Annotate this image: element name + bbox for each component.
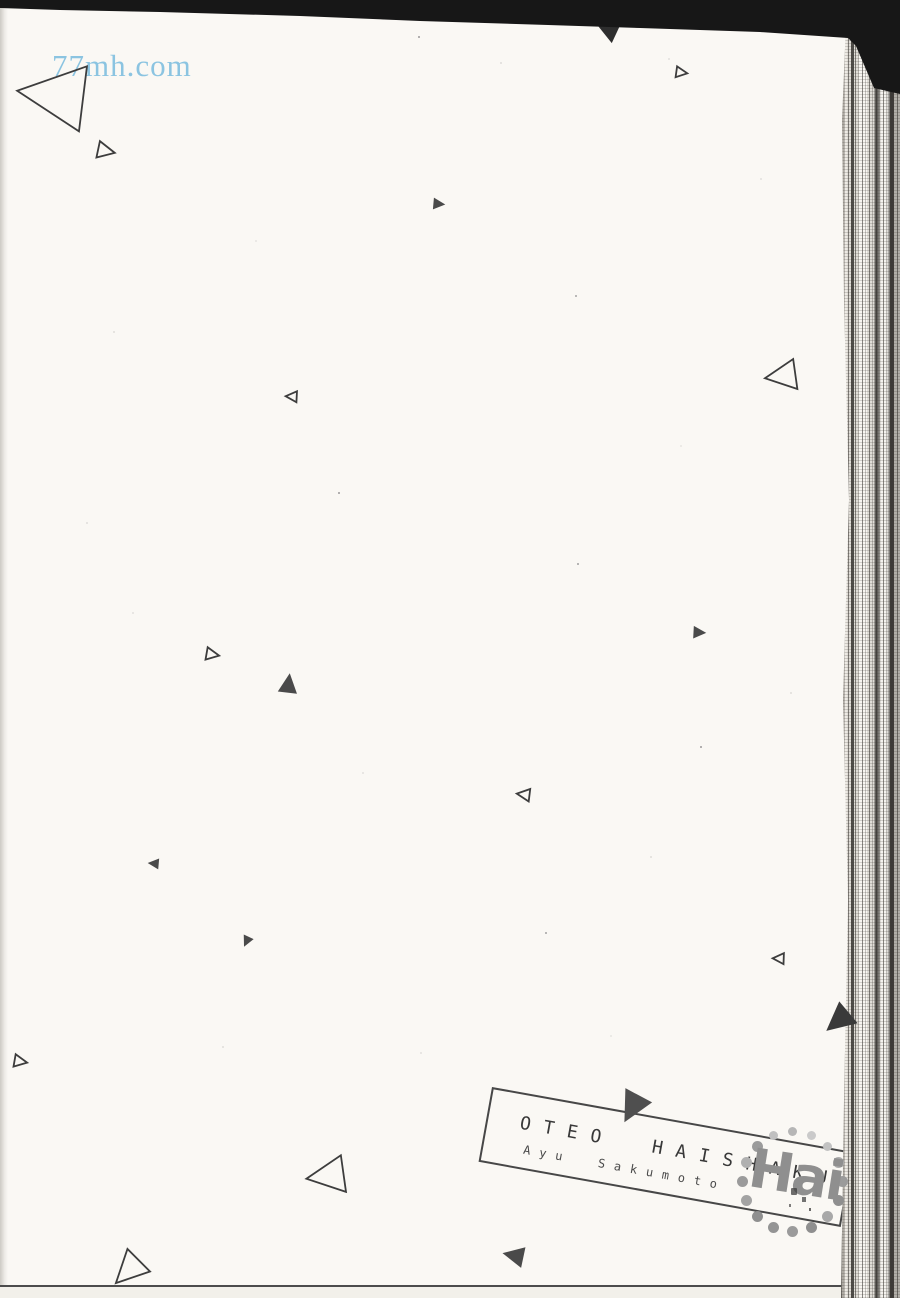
book-spine-scan-band xyxy=(841,0,900,1298)
triangle-decoration xyxy=(498,1240,528,1270)
stamp-logo-text: Hai xyxy=(745,1141,842,1208)
stamp-inner-detail xyxy=(791,1188,797,1195)
triangle-decorations-layer xyxy=(0,0,900,1298)
circular-logo-stamp: Hai xyxy=(735,1122,850,1240)
triangle-decoration xyxy=(146,856,160,870)
bottom-edge-line xyxy=(0,1285,847,1287)
watermark-text: 77mh.com xyxy=(52,48,192,84)
triangle-decoration xyxy=(431,196,446,211)
scanned-manga-page: 77mh.com OTEO HAISHAKU Ayu Sakumoto Hai xyxy=(0,0,900,1298)
left-scan-edge xyxy=(0,0,8,1298)
triangle-decoration xyxy=(275,670,301,696)
triangle-decoration xyxy=(11,1052,28,1069)
triangle-decoration xyxy=(771,951,784,964)
triangle-decoration xyxy=(691,624,707,640)
triangle-decoration xyxy=(761,356,802,397)
bottom-page-edge xyxy=(0,1287,847,1298)
triangle-decoration xyxy=(515,786,532,803)
triangle-decoration xyxy=(284,389,298,403)
triangle-decoration xyxy=(94,139,118,163)
triangle-decoration xyxy=(674,65,689,80)
triangle-decoration xyxy=(237,932,254,949)
triangle-decoration xyxy=(301,1151,351,1201)
triangle-decoration xyxy=(203,645,220,662)
